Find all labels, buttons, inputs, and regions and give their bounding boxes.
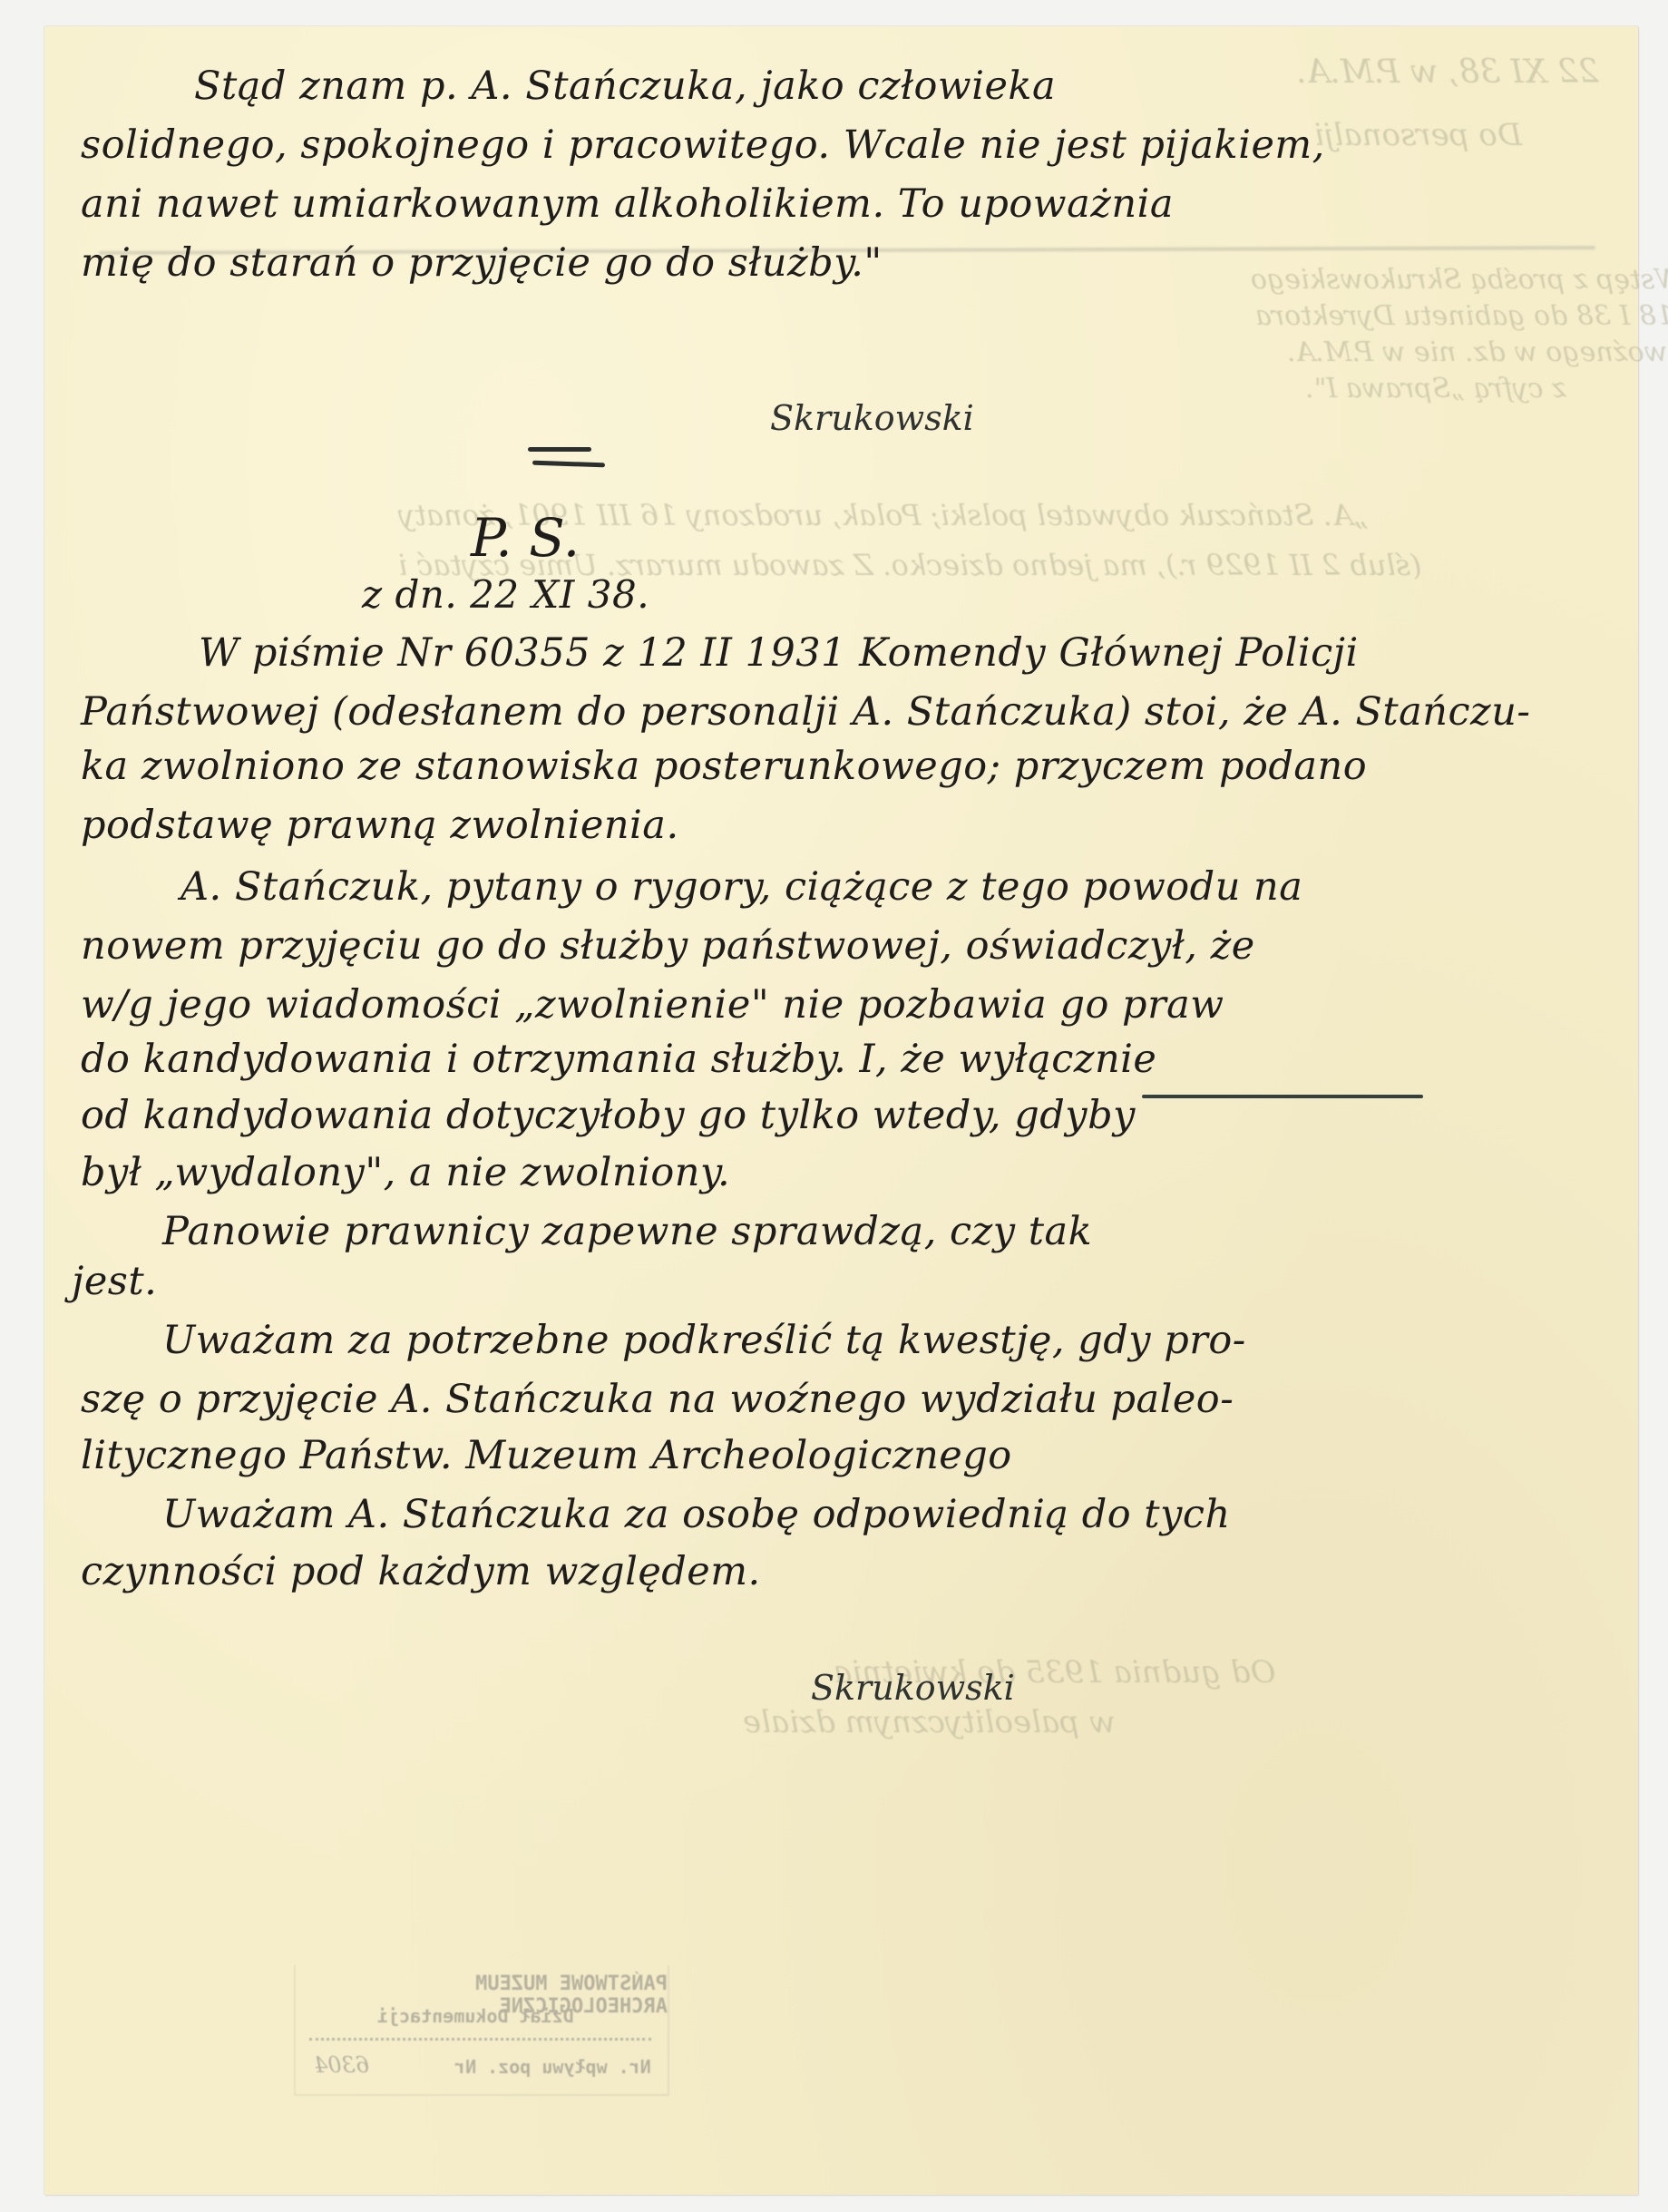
letter-line: Państwowej (odesłanem do personalji A. S… (81, 693, 1530, 732)
show-through-text: z cyfrą „Sprawa I". (1305, 373, 1566, 404)
letter-line: do kandydowania i otrzymania służby. I, … (81, 1040, 1156, 1079)
letter-line: ka zwolniono ze stanowiska posterunkoweg… (81, 747, 1367, 786)
emphasis-underline (1142, 1095, 1423, 1098)
letter-line: Stąd znam p. A. Stańczuka, jako człowiek… (194, 67, 1056, 106)
show-through-text: Do personalji (1314, 117, 1522, 153)
letter-line: podstawę prawną zwolnienia. (81, 806, 679, 845)
stamp-entry-label: Nr. wpływu poz. Nr (454, 2056, 651, 2078)
letter-line: A. Stańczuk, pytany o rygory, ciążące z … (180, 868, 1302, 907)
letter-line: ani nawet umiarkowanym alkoholikiem. To … (81, 185, 1174, 224)
stamp-department: Dział Dokumentacji (377, 2005, 574, 2027)
letter-line: litycznego Państw. Muzeum Archeologiczne… (81, 1437, 1012, 1476)
letter-line: nowem przyjęciu go do służby państwowej,… (81, 927, 1255, 966)
show-through-text: w paleolitycznym dziale (743, 1704, 1116, 1740)
postscript-date: z dn. 22 XI 38. (362, 576, 649, 614)
show-through-text: Wstęp z prośbą Skrukowskiego (1251, 264, 1668, 296)
letter-line: mię do starań o przyjęcie go do służby." (81, 244, 883, 283)
letter-line: był „wydalony", a nie zwolniony. (81, 1154, 730, 1193)
letter-line: jest. (72, 1262, 157, 1301)
letter-line: solidnego, spokojnego i pracowitego. Wca… (81, 126, 1325, 165)
signature: Skrukowski (770, 398, 974, 438)
archive-stamp: PAŃSTWOWE MUZEUM ARCHEOLOGICZNE Dział Do… (294, 1965, 669, 2096)
letter-line: Uważam za potrzebne podkreślić tą kwestj… (162, 1321, 1246, 1360)
show-through-text: woźnego w dz. nie w P.M.A. (1287, 336, 1667, 368)
letter-line: czynności pod każdym względem. (81, 1553, 761, 1592)
separator-rule (528, 447, 591, 452)
show-through-text: 22 XI 38, w P.M.A. (1296, 54, 1599, 91)
letter-line: W piśmie Nr 60355 z 12 II 1931 Komendy G… (199, 634, 1359, 673)
postscript-heading: P. S. (471, 507, 580, 569)
letter-line: w/g jego wiadomości „zwolnienie" nie poz… (81, 986, 1224, 1025)
letter-line: szę o przyjęcie A. Stańczuka na woźnego … (81, 1380, 1234, 1419)
signature: Skrukowski (811, 1668, 1015, 1708)
letter-line: od kandydowania dotyczyłoby go tylko wte… (81, 1096, 1136, 1135)
letter-line: Uważam A. Stańczuka za osobę odpowiednią… (162, 1496, 1231, 1535)
show-through-text: 18 I 38 do gabinetu Dyrektora (1255, 300, 1668, 332)
stamp-divider (309, 2038, 651, 2041)
letter-line: Panowie prawnicy zapewne sprawdzą, czy t… (162, 1213, 1092, 1252)
document-page: 22 XI 38, w P.M.A. Do personalji Wstęp z… (44, 26, 1638, 2195)
separator-rule (532, 461, 605, 468)
stamp-entry-number: 6304 (314, 2052, 369, 2078)
